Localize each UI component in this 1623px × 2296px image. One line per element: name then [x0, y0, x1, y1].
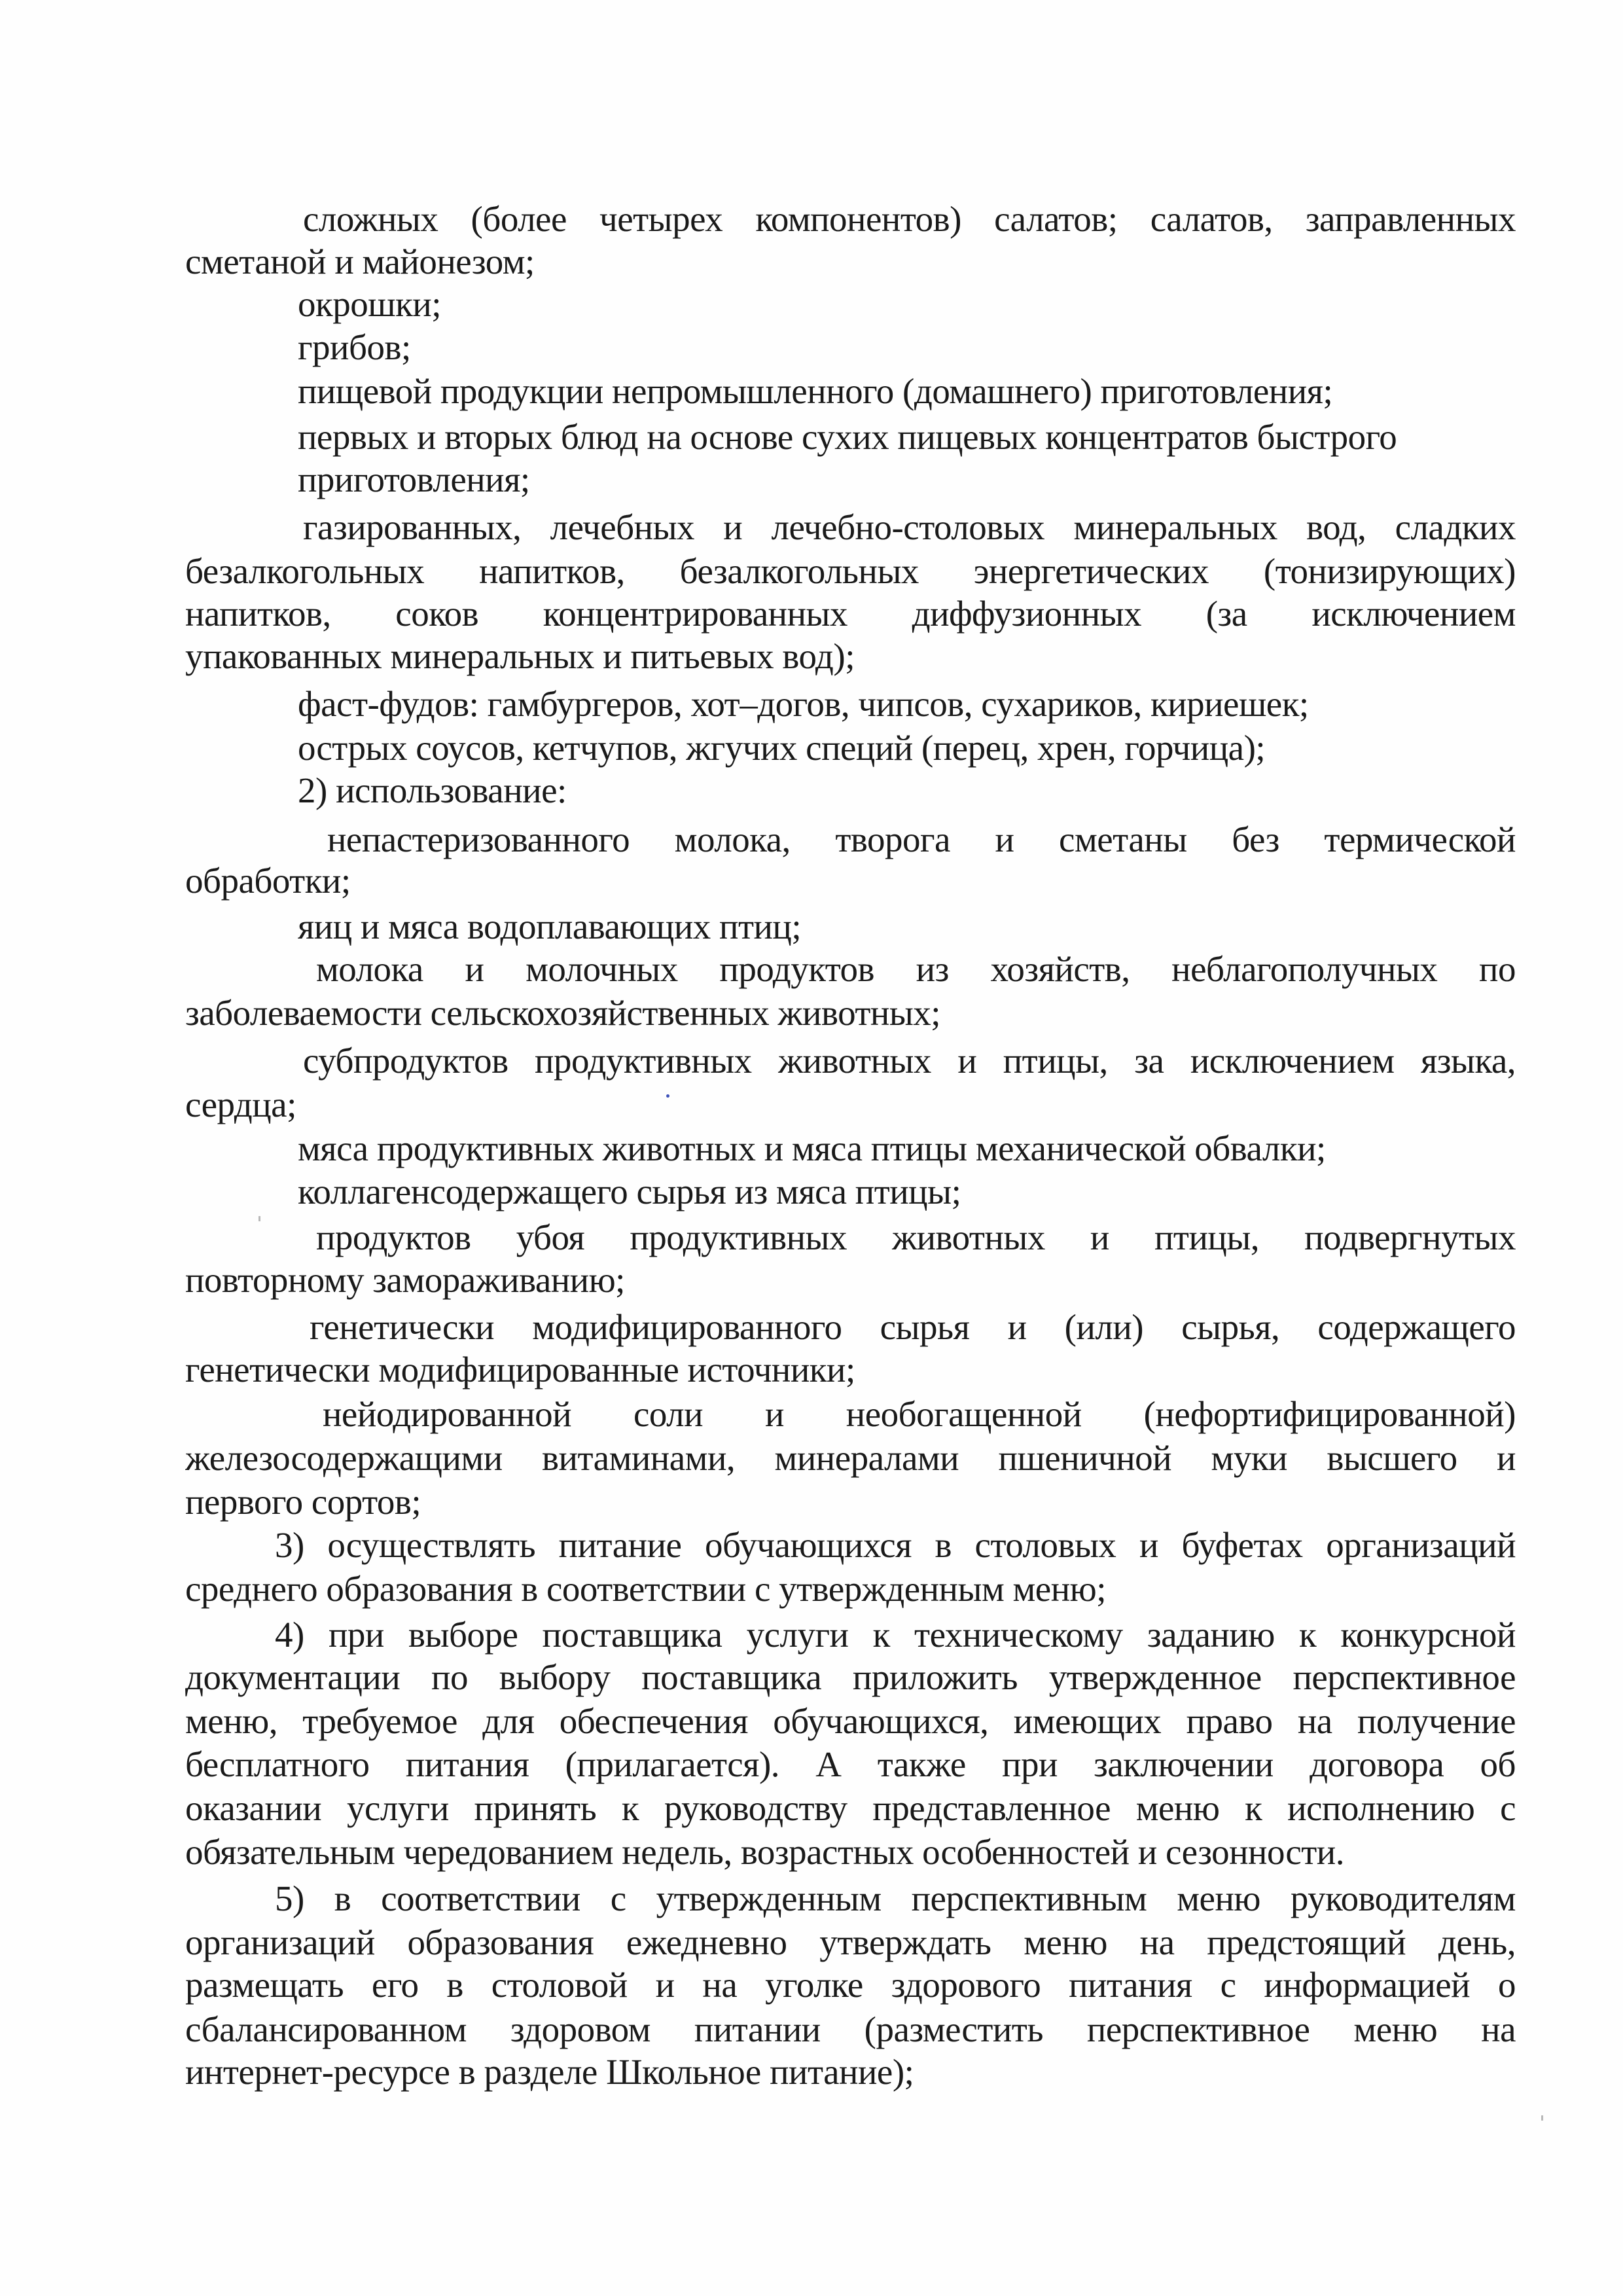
text-line: коллагенсодержащего сырья из мяса птицы;	[298, 1170, 961, 1213]
text-line: размещать его в столовой и на уголке здо…	[185, 1964, 1516, 2007]
text-line: меню, требуемое для обеспечения обучающи…	[185, 1700, 1516, 1743]
text-line: газированных, лечебных и лечебно-столовы…	[303, 506, 1516, 549]
text-line: сметаной и майонезом;	[185, 240, 535, 283]
text-line: организаций образования ежедневно утверж…	[185, 1921, 1516, 1964]
text-line: 2) использование:	[298, 769, 567, 812]
text-line: напитков, соков концентрированных диффуз…	[185, 592, 1516, 636]
text-line: сложных (более четырех компонентов) сала…	[303, 198, 1516, 241]
text-line: оказании услуги принять к руководству пр…	[185, 1787, 1516, 1830]
text-line: интернет-ресурсе в разделе Школьное пита…	[185, 2051, 914, 2094]
text-line: окрошки;	[298, 283, 441, 326]
text-line: первых и вторых блюд на основе сухих пищ…	[298, 416, 1397, 459]
text-line: пищевой продукции непромышленного (домаш…	[298, 370, 1332, 413]
text-line: среднего образования в соответствии с ут…	[185, 1568, 1106, 1611]
text-line: повторному замораживанию;	[185, 1259, 625, 1302]
scanned-document-page: сложных (более четырех компонентов) сала…	[0, 0, 1623, 2296]
text-line: яиц и мяса водоплавающих птиц;	[298, 905, 801, 948]
text-line: бесплатного питания (прилагается). А так…	[185, 1743, 1516, 1786]
text-line: 5) в соответствии с утвержденным перспек…	[275, 1877, 1516, 1920]
text-line: безалкогольных напитков, безалкогольных …	[185, 550, 1516, 593]
text-line: упакованных минеральных и питьевых вод);	[185, 635, 855, 678]
text-line: фаст-фудов: гамбургеров, хот–догов, чипс…	[298, 683, 1309, 726]
text-line: непастеризованного молока, творога и сме…	[327, 818, 1516, 861]
text-line: генетически модифицированного сырья и (и…	[310, 1306, 1516, 1349]
text-line: сбалансированном здоровом питании (разме…	[185, 2008, 1516, 2051]
text-line: заболеваемости сельскохозяйственных живо…	[185, 992, 940, 1035]
text-line: приготовления;	[298, 458, 530, 501]
text-line: документации по выбору поставщика прилож…	[185, 1656, 1516, 1699]
scan-artifact	[1541, 2115, 1543, 2121]
text-line: нейодированной соли и необогащенной (неф…	[323, 1393, 1516, 1436]
ink-speck	[666, 1094, 669, 1098]
scan-artifact	[259, 1216, 260, 1221]
text-line: первого сортов;	[185, 1480, 421, 1524]
text-line: острых соусов, кетчупов, жгучих специй (…	[298, 726, 1265, 770]
text-line: 4) при выборе поставщика услуги к технич…	[275, 1613, 1516, 1657]
text-line: грибов;	[298, 326, 411, 369]
text-line: сердца;	[185, 1083, 296, 1126]
text-line: субпродуктов продуктивных животных и пти…	[303, 1039, 1516, 1083]
text-line: генетически модифицированные источники;	[185, 1348, 855, 1391]
text-line: обработки;	[185, 859, 351, 903]
text-line: продуктов убоя продуктивных животных и п…	[316, 1216, 1516, 1259]
text-line: железосодержащими витаминами, минералами…	[185, 1437, 1516, 1480]
text-line: обязательным чередованием недель, возрас…	[185, 1831, 1344, 1874]
text-line: молока и молочных продуктов из хозяйств,…	[316, 948, 1516, 991]
text-line: 3) осуществлять питание обучающихся в ст…	[275, 1524, 1516, 1567]
text-line: мяса продуктивных животных и мяса птицы …	[298, 1127, 1326, 1170]
